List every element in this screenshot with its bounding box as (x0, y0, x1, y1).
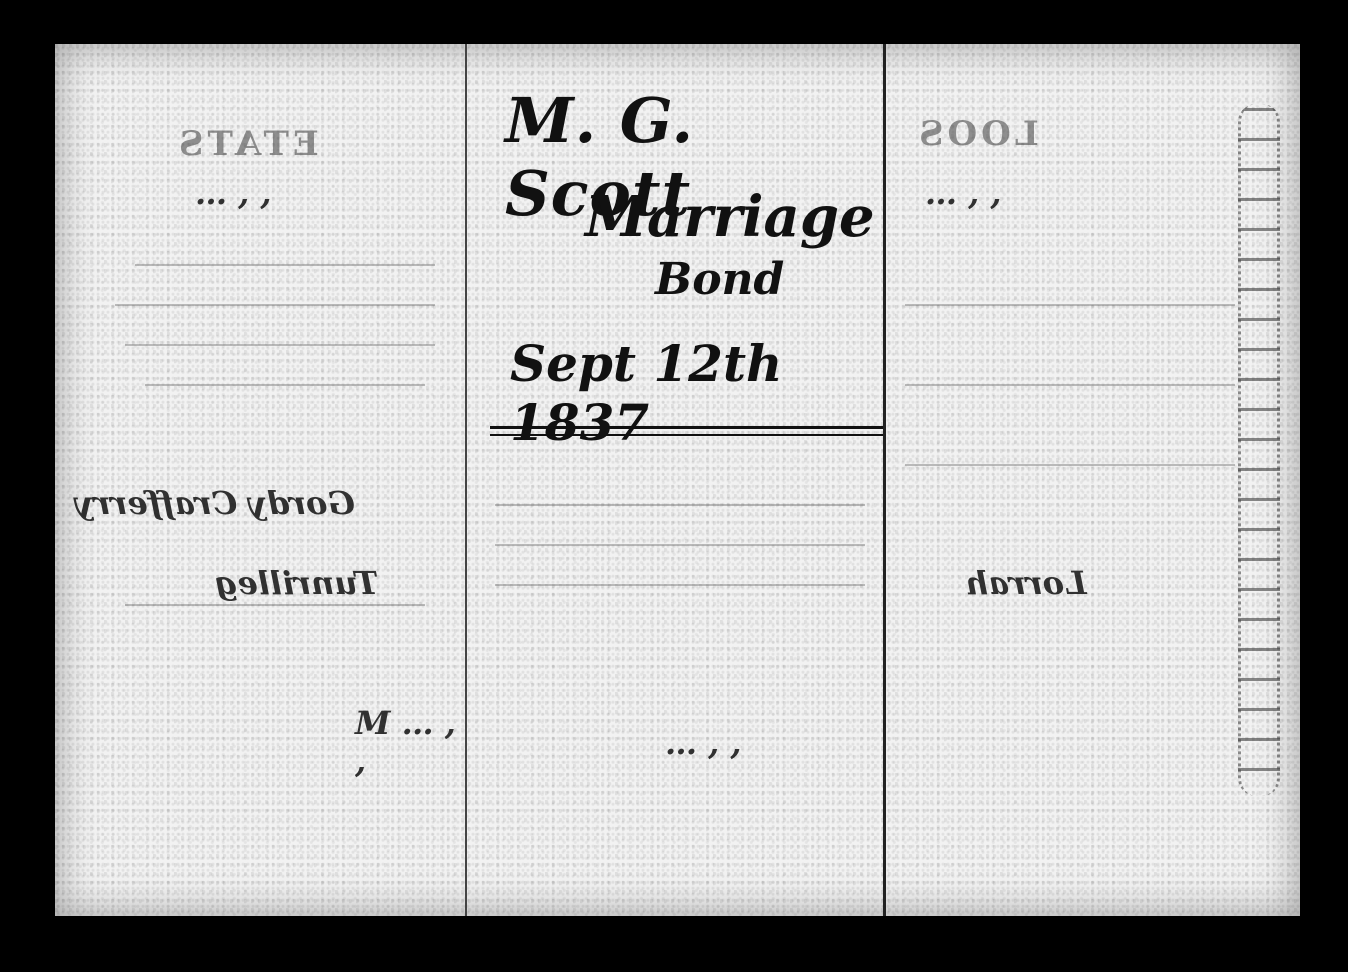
bleed-through-line (495, 504, 865, 506)
right-panel: LOOS … , , Lorrah (885, 44, 1300, 916)
bleed-through-line (495, 544, 865, 546)
handwritten-scrawl: M … , , (355, 704, 465, 780)
handwritten-scrawl: … , , (925, 174, 1002, 212)
bleed-through-line (135, 264, 435, 266)
handwritten-scrawl: … , , (665, 724, 742, 762)
bleed-through-line (125, 604, 425, 606)
decorative-chain-border (1238, 104, 1280, 796)
docket-underline (490, 434, 883, 436)
handwritten-scrawl: … , , (195, 174, 272, 212)
center-panel-docket: M. G. Scott Marriage Bond Sept 12th 1837… (465, 44, 886, 916)
handwritten-scrawl: Tunrilleg (215, 564, 378, 602)
bleed-through-line (905, 464, 1235, 466)
bleed-through-heading: ETATS (175, 124, 319, 164)
bleed-through-line (145, 384, 425, 386)
document-page: ETATS … , , Gordy Crafferry Tunrilleg M … (55, 44, 1300, 916)
docket-title-marriage: Marriage (585, 184, 875, 250)
left-panel: ETATS … , , Gordy Crafferry Tunrilleg M … (55, 44, 467, 916)
docket-underline (490, 426, 883, 429)
bleed-through-line (115, 304, 435, 306)
bleed-through-line (905, 384, 1235, 386)
bleed-through-line (495, 584, 865, 586)
bleed-through-line (125, 344, 435, 346)
bleed-through-heading: LOOS (915, 114, 1039, 154)
docket-title-bond: Bond (655, 254, 784, 305)
bleed-through-line (905, 304, 1235, 306)
handwritten-scrawl: Lorrah (965, 564, 1087, 602)
handwritten-scrawl: Gordy Crafferry (75, 484, 355, 522)
